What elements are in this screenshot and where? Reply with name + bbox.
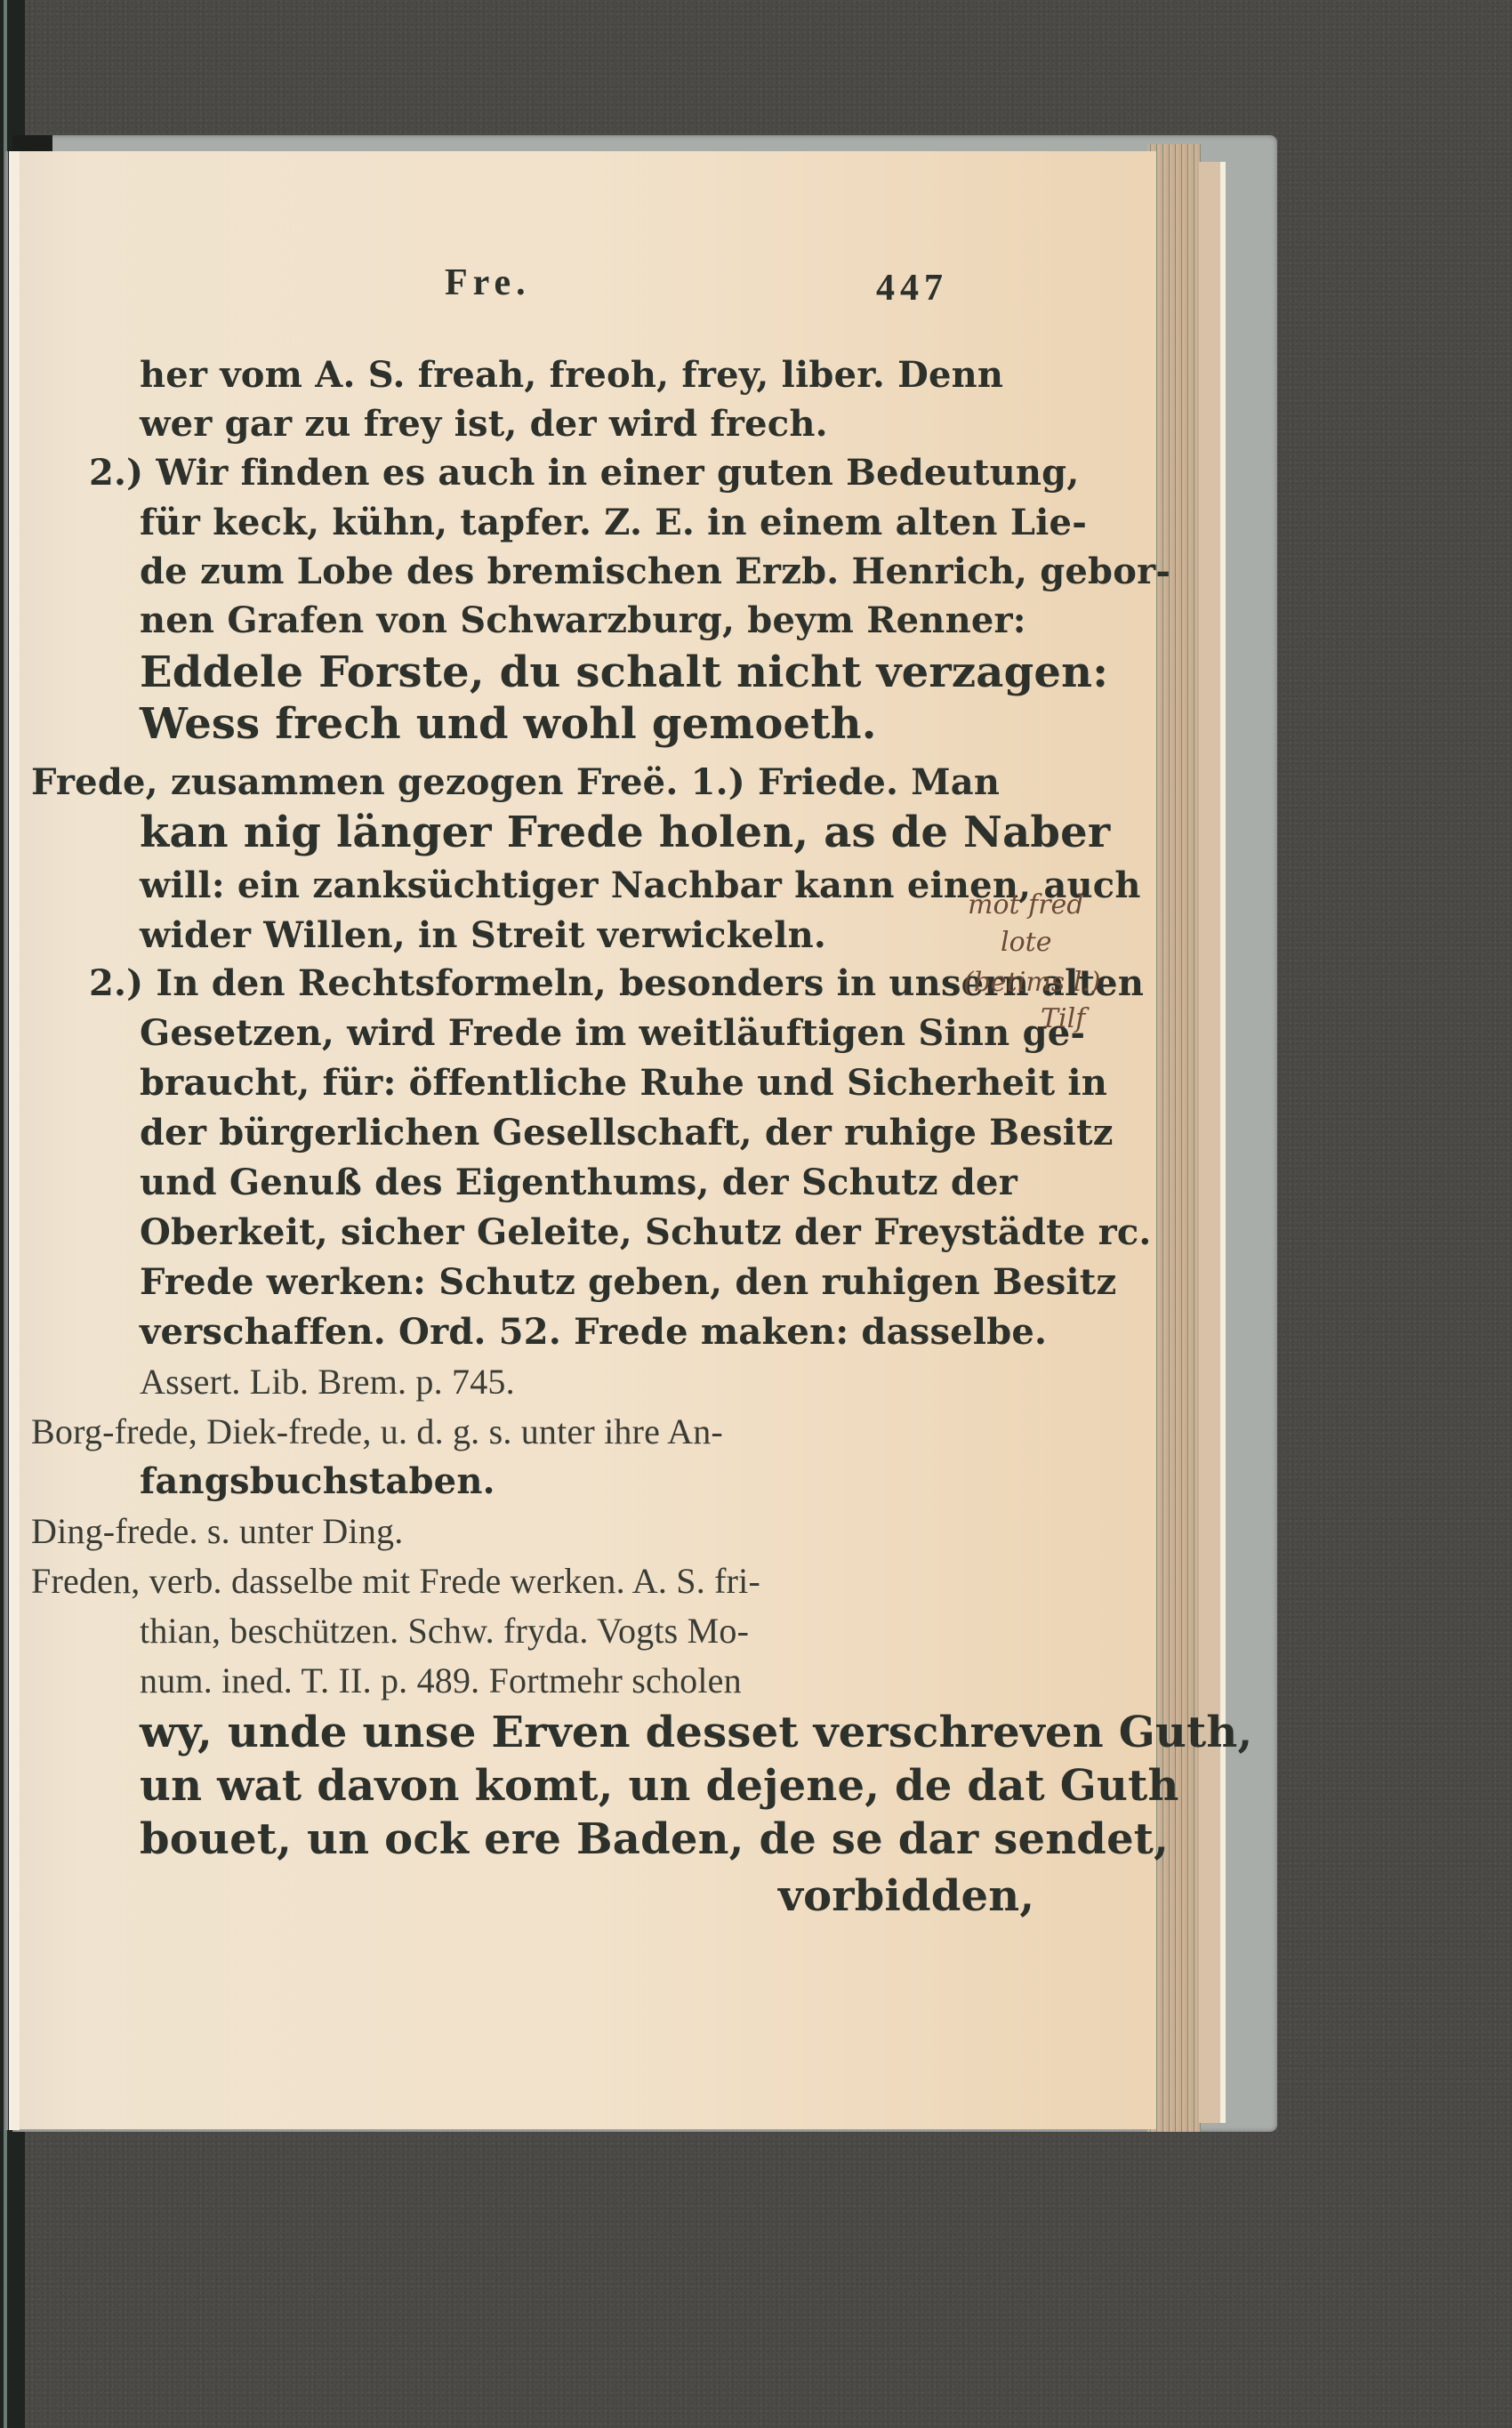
text-line: Frede werken: Schutz geben, den ruhigen … — [140, 1258, 1116, 1307]
page-text: Fre. 447 her vom A. S. freah, freoh, fre… — [0, 0, 1512, 2428]
entry-headword-borg-frede: Borg-frede, Diek-frede, u. d. g. s. unte… — [31, 1407, 723, 1457]
verse-line: Wess frech und wohl gemoeth. — [140, 699, 877, 749]
text-line: de zum Lobe des bremischen Erzb. Henrich… — [140, 547, 1170, 597]
text-line: verschaffen. Ord. 52. Frede maken: dasse… — [140, 1307, 1047, 1357]
entry-headword-freden: Freden, verb. dasselbe mit Frede werken.… — [31, 1556, 760, 1606]
text-line: und Genuß des Eigenthums, der Schutz der — [140, 1158, 1017, 1208]
text-line: her vom A. S. freah, freoh, frey, liber.… — [140, 350, 1003, 400]
verse-line: Eddele Forste, du schalt nicht verzagen: — [140, 647, 1108, 697]
citation-line: Assert. Lib. Brem. p. 745. — [140, 1357, 515, 1407]
quote-line: un wat davon komt, un dejene, de dat Gut… — [140, 1761, 1179, 1811]
handwritten-note: mot fred — [968, 889, 1084, 921]
text-line: kan nig länger Frede holen, as de Naber — [140, 808, 1110, 857]
text-line: wer gar zu frey ist, der wird frech. — [140, 399, 828, 449]
text-line: Oberkeit, sicher Geleite, Schutz der Fre… — [140, 1208, 1152, 1258]
running-head: Fre. — [445, 258, 531, 308]
text-line: Gesetzen, wird Frede im weitläuftigen Si… — [140, 1009, 1085, 1058]
text-line: wider Willen, in Streit verwickeln. — [140, 911, 826, 961]
text-line: fangsbuchstaben. — [140, 1457, 495, 1507]
quote-line: wy, unde unse Erven desset verschreven G… — [140, 1708, 1252, 1757]
entry-headword-frede: Frede, zusammen gezogen Freë. 1.) Friede… — [31, 758, 1000, 808]
quote-line: vorbidden, — [778, 1871, 1034, 1921]
text-line: num. ined. T. II. p. 489. Fortmehr schol… — [140, 1656, 742, 1706]
text-line: braucht, für: öffentliche Ruhe und Siche… — [140, 1058, 1107, 1108]
entry-headword-ding-frede: Ding-frede. s. unter Ding. — [31, 1507, 403, 1556]
page-number: 447 — [876, 263, 948, 313]
text-line: nen Grafen von Schwarzburg, beym Renner: — [140, 596, 1026, 646]
handwritten-note: (betims l.) — [963, 967, 1101, 998]
text-line: 2.) Wir finden es auch in einer guten Be… — [89, 448, 1079, 498]
handwritten-note: Tilf — [1041, 1003, 1085, 1034]
quote-line: bouet, un ock ere Baden, de se dar sende… — [140, 1814, 1169, 1864]
text-line: der bürgerlichen Gesellschaft, der ruhig… — [140, 1108, 1114, 1158]
handwritten-note: lote — [1001, 927, 1051, 958]
text-line: für keck, kühn, tapfer. Z. E. in einem a… — [140, 498, 1087, 548]
text-line: thian, beschützen. Schw. fryda. Vogts Mo… — [140, 1606, 749, 1656]
